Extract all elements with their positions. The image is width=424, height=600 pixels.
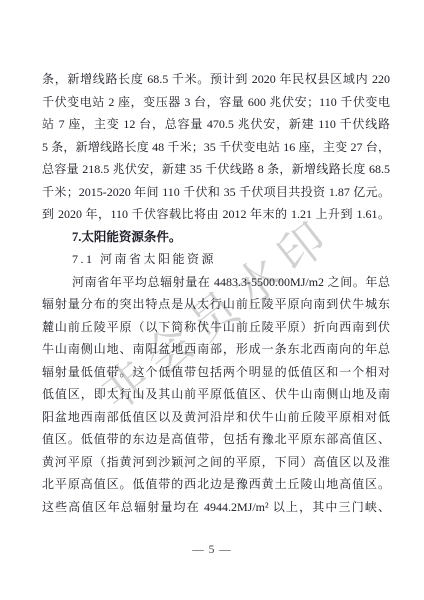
text-line: 5 条，新增线路长度 48 千米；35 千伏变电站 16 座，主变 27 台， xyxy=(42,136,390,159)
text-line: 千伏变电站 2 座，变压器 3 台，容量 600 兆伏安；110 千伏变电 xyxy=(42,91,390,114)
text-line: 牛山南侧山地、南阳盆地西南部，形成一条东北西南向的年总 xyxy=(42,338,390,361)
text-line: 到 2020 年，110 千伏容载比将由 2012 年末的 1.21 上升到 1… xyxy=(42,203,390,226)
section-subheading: 7.1 河南省太阳能资源 xyxy=(42,248,390,271)
text-line: 北平原高值区。低值带的西北边是豫西黄土丘陵山地高值区。 xyxy=(42,473,390,496)
text-line: 这些高值区年总辐射量均在 4944.2MJ/m² 以上，其中三门峡、 xyxy=(42,496,390,519)
document-page: 非会员水印 条，新增线路长度 68.5 千米。预计到 2020 年民权县区域内 … xyxy=(0,0,424,600)
text-line: 黄河平原（指黄河到沙颖河之间的平原，下同）高值区以及淮 xyxy=(42,451,390,474)
text-line: 辐射量低值带。这个低值带包括两个明显的低值区和一个相对 xyxy=(42,361,390,384)
text-line: 总容量 218.5 兆伏安，新建 35 千伏线路 8 条，新增线路长度 68.5 xyxy=(42,158,390,181)
text-line: 河南省年平均总辐射量在 4483.3-5500.00MJ/m2 之间。年总 xyxy=(42,271,390,294)
section-heading: 7.太阳能资源条件。 xyxy=(42,226,390,249)
text-line: 阳盆地西南部低值区以及黄河沿岸和伏牛山前丘陵平原相对低 xyxy=(42,406,390,429)
text-line: 值区。低值带的东边是高值带，包括有豫北平原东部高值区、 xyxy=(42,428,390,451)
text-line: 辐射量分布的突出特点是从太行山前丘陵平原向南到伏牛城东 xyxy=(42,293,390,316)
text-line: 千米；2015-2020 年间 110 千伏和 35 千伏项目共投资 1.87 … xyxy=(42,181,390,204)
document-body: 条，新增线路长度 68.5 千米。预计到 2020 年民权县区域内 220 千伏… xyxy=(42,68,390,518)
text-line: 麓山前丘陵平原（以下简称伏牛山前丘陵平原）折向西南到伏 xyxy=(42,316,390,339)
text-line: 站 7 座，主变 12 台，总容量 470.5 兆伏安，新建 110 千伏线路 xyxy=(42,113,390,136)
text-line: 低值区，即太行山及其山前平原低值区、伏牛山南侧山地及南 xyxy=(42,383,390,406)
text-line: 条，新增线路长度 68.5 千米。预计到 2020 年民权县区域内 220 xyxy=(42,68,390,91)
page-number: — 5 — xyxy=(0,544,424,556)
